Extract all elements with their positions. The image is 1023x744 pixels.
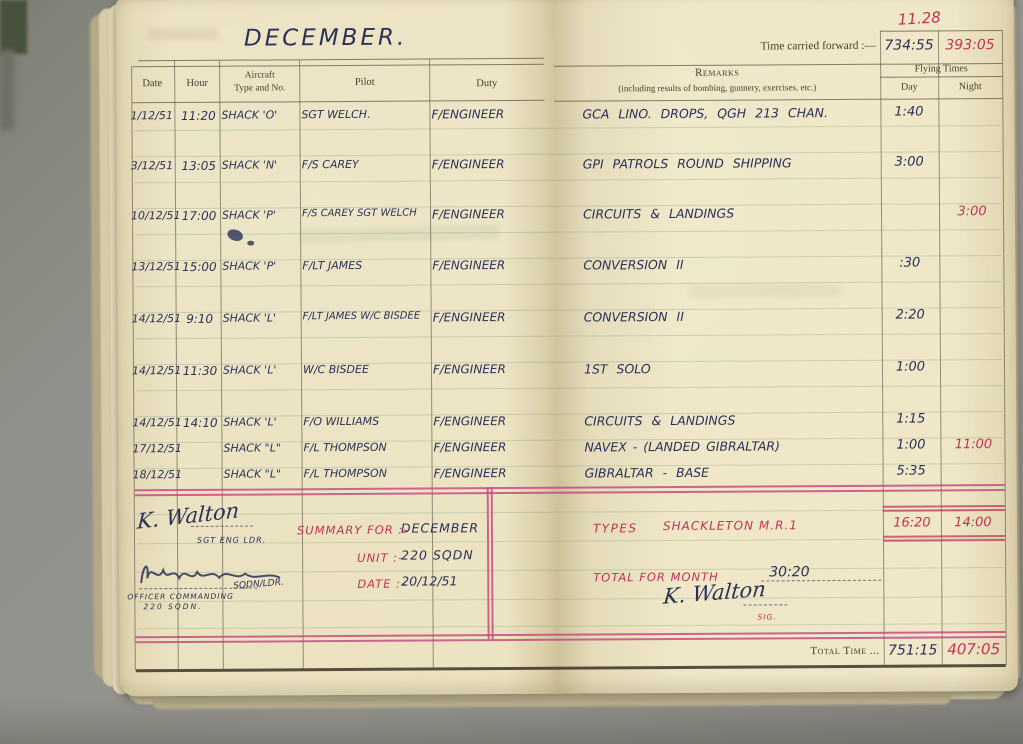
entry-duty: F/ENGINEER [432, 157, 554, 172]
summary-for-value: DECEMBER [401, 520, 479, 535]
entry-aircraft: SHACK 'L' [223, 415, 303, 428]
total-time-label: Total Time ... [758, 645, 880, 658]
types-day-total: 16:20 [883, 515, 941, 530]
header-duty: Duty [430, 78, 543, 90]
entry-day-time: 1:00 [882, 437, 939, 452]
entry-pilot: W/C BISDEE [303, 362, 433, 376]
entry-duty: F/ENGINEER [433, 440, 555, 455]
entry-pilot: F/O WILLIAMS [303, 414, 433, 428]
entry-date: 14/12/51 [132, 416, 178, 429]
entry-date: 14/12/51 [132, 312, 178, 325]
date-label: DATE :- [357, 577, 406, 591]
bleed-through-smudge [148, 28, 218, 40]
entry-duty: F/ENGINEER [433, 362, 555, 377]
unit-value: 220 SQDN [401, 547, 474, 562]
entry-remarks: CIRCUITS & LANDINGS [583, 205, 883, 222]
entry-remarks: GCA LINO. DROPS, QGH 213 CHAN. [582, 105, 882, 122]
entry-pilot: F/L THOMPSON [304, 466, 434, 480]
entry-duty: F/ENGINEER [433, 414, 555, 429]
types-value: SHACKLETON M.R.1 [663, 518, 798, 533]
entry-hour: 11:20 [176, 109, 220, 123]
entry-aircraft: SHACK 'O' [221, 108, 301, 121]
entry-aircraft: SHACK 'L' [223, 363, 303, 376]
entry-hour: 11:30 [178, 364, 222, 378]
carried-forward-night: 393:05 [938, 37, 1002, 53]
entry-date: 18/12/51 [133, 468, 179, 481]
entry-remarks: CONVERSION II [584, 308, 884, 325]
entry-hour: 13:05 [177, 159, 221, 173]
entry-aircraft: SHACK 'L' [223, 311, 303, 324]
sig-caption: SIG. [757, 612, 776, 621]
signature-2-title: OFFICER COMMANDING [127, 592, 234, 602]
header-hour: Hour [175, 78, 219, 89]
entry-pilot: F/LT JAMES W/C BISDEE [303, 310, 433, 322]
entry-day-time: 5:35 [883, 463, 940, 478]
entry-remarks: NAVEX - (LANDED GIBRALTAR) [584, 438, 884, 455]
entry-day-time: 3:00 [881, 154, 938, 169]
header-remarks-sub: (including results of bombing, gunnery, … [555, 82, 879, 94]
entry-duty: F/ENGINEER [434, 466, 556, 481]
entry-aircraft: SHACK "L" [223, 441, 303, 454]
entry-duty: F/ENGINEER [433, 310, 555, 325]
total-time-night: 407:05 [942, 640, 1006, 658]
signature-1-rank: SGT ENG LDR. [197, 536, 266, 545]
summary-for-label: SUMMARY FOR :- [297, 523, 409, 538]
entry-duty: F/ENGINEER [431, 107, 553, 122]
carried-forward-annotation: 11.28 [897, 8, 941, 28]
entry-night-time: 3:00 [939, 204, 1005, 219]
header-aircraft-line2: Type and No. [220, 83, 299, 93]
carried-forward-day: 734:55 [880, 37, 938, 53]
header-day: Day [880, 81, 938, 92]
entry-remarks: 1ST SOLO [584, 360, 884, 377]
header-flying-times: Flying Times [880, 63, 1002, 75]
types-label: TYPES [593, 521, 638, 535]
entry-hour: 14:10 [178, 416, 222, 430]
carried-forward-label: Time carried forward :— [638, 40, 876, 53]
entry-date: 10/12/51 [131, 209, 177, 222]
entry-remarks: CIRCUITS & LANDINGS [584, 412, 884, 429]
header-remarks: Remarks [555, 66, 879, 80]
entry-remarks: GIBRALTAR - BASE [585, 464, 885, 481]
entry-hour: 9:10 [178, 312, 222, 326]
entry-aircraft: SHACK 'P' [222, 208, 302, 221]
entry-day-time: 2:20 [882, 307, 939, 322]
types-night-total: 14:00 [941, 515, 1005, 530]
entry-pilot: F/S CAREY SGT WELCH [302, 207, 432, 219]
entry-pilot: F/LT JAMES [302, 258, 432, 272]
entry-remarks: GPI PATROLS ROUND SHIPPING [583, 155, 883, 172]
entry-date: 1/12/51 [130, 109, 176, 122]
background-bottom-shadow [0, 698, 1023, 744]
ink-blot [247, 241, 254, 246]
entry-pilot: SGT WELCH. [301, 107, 431, 121]
entry-date: 3/12/51 [131, 159, 177, 172]
month-total-value: 30:20 [769, 564, 809, 580]
logbook-page-spread: DECEMBER. 11.28 Time carried forward :— … [0, 0, 1023, 744]
entry-date: 14/12/51 [132, 364, 178, 377]
header-aircraft-line1: Aircraft [220, 70, 299, 80]
entry-day-time: 1:00 [882, 359, 939, 374]
entry-aircraft: SHACK 'N' [222, 158, 302, 171]
unit-label: UNIT :- [357, 551, 403, 565]
entry-duty: F/ENGINEER [432, 207, 554, 222]
entry-remarks: CONVERSION II [583, 256, 883, 273]
total-time-day: 751:15 [884, 642, 942, 658]
entry-duty: F/ENGINEER [432, 258, 554, 273]
header-date: Date [130, 78, 174, 89]
signature-2-unit: 220 SQDN. [143, 602, 202, 611]
entry-aircraft: SHACK 'P' [222, 259, 302, 272]
entry-pilot: F/S CAREY [302, 157, 432, 171]
logbook-scan: DECEMBER. 11.28 Time carried forward :— … [0, 0, 1023, 744]
entry-night-time: 11:00 [940, 437, 1006, 452]
month-title: DECEMBER. [244, 25, 407, 52]
entry-pilot: F/L THOMPSON [303, 440, 433, 454]
entry-date: 17/12/51 [132, 442, 178, 455]
date-value: 20/12/51 [401, 573, 457, 588]
entry-date: 13/12/51 [131, 260, 177, 273]
bleed-through-smudge [689, 284, 839, 298]
entry-hour: 17:00 [177, 209, 221, 223]
entry-day-time: 1:15 [882, 411, 939, 426]
entry-day-time: :30 [881, 255, 938, 270]
entry-day-time: 1:40 [880, 104, 937, 119]
entry-hour: 15:00 [177, 260, 221, 274]
header-night: Night [938, 81, 1002, 92]
entry-aircraft: SHACK "L" [224, 467, 304, 480]
header-pilot: Pilot [300, 76, 429, 88]
